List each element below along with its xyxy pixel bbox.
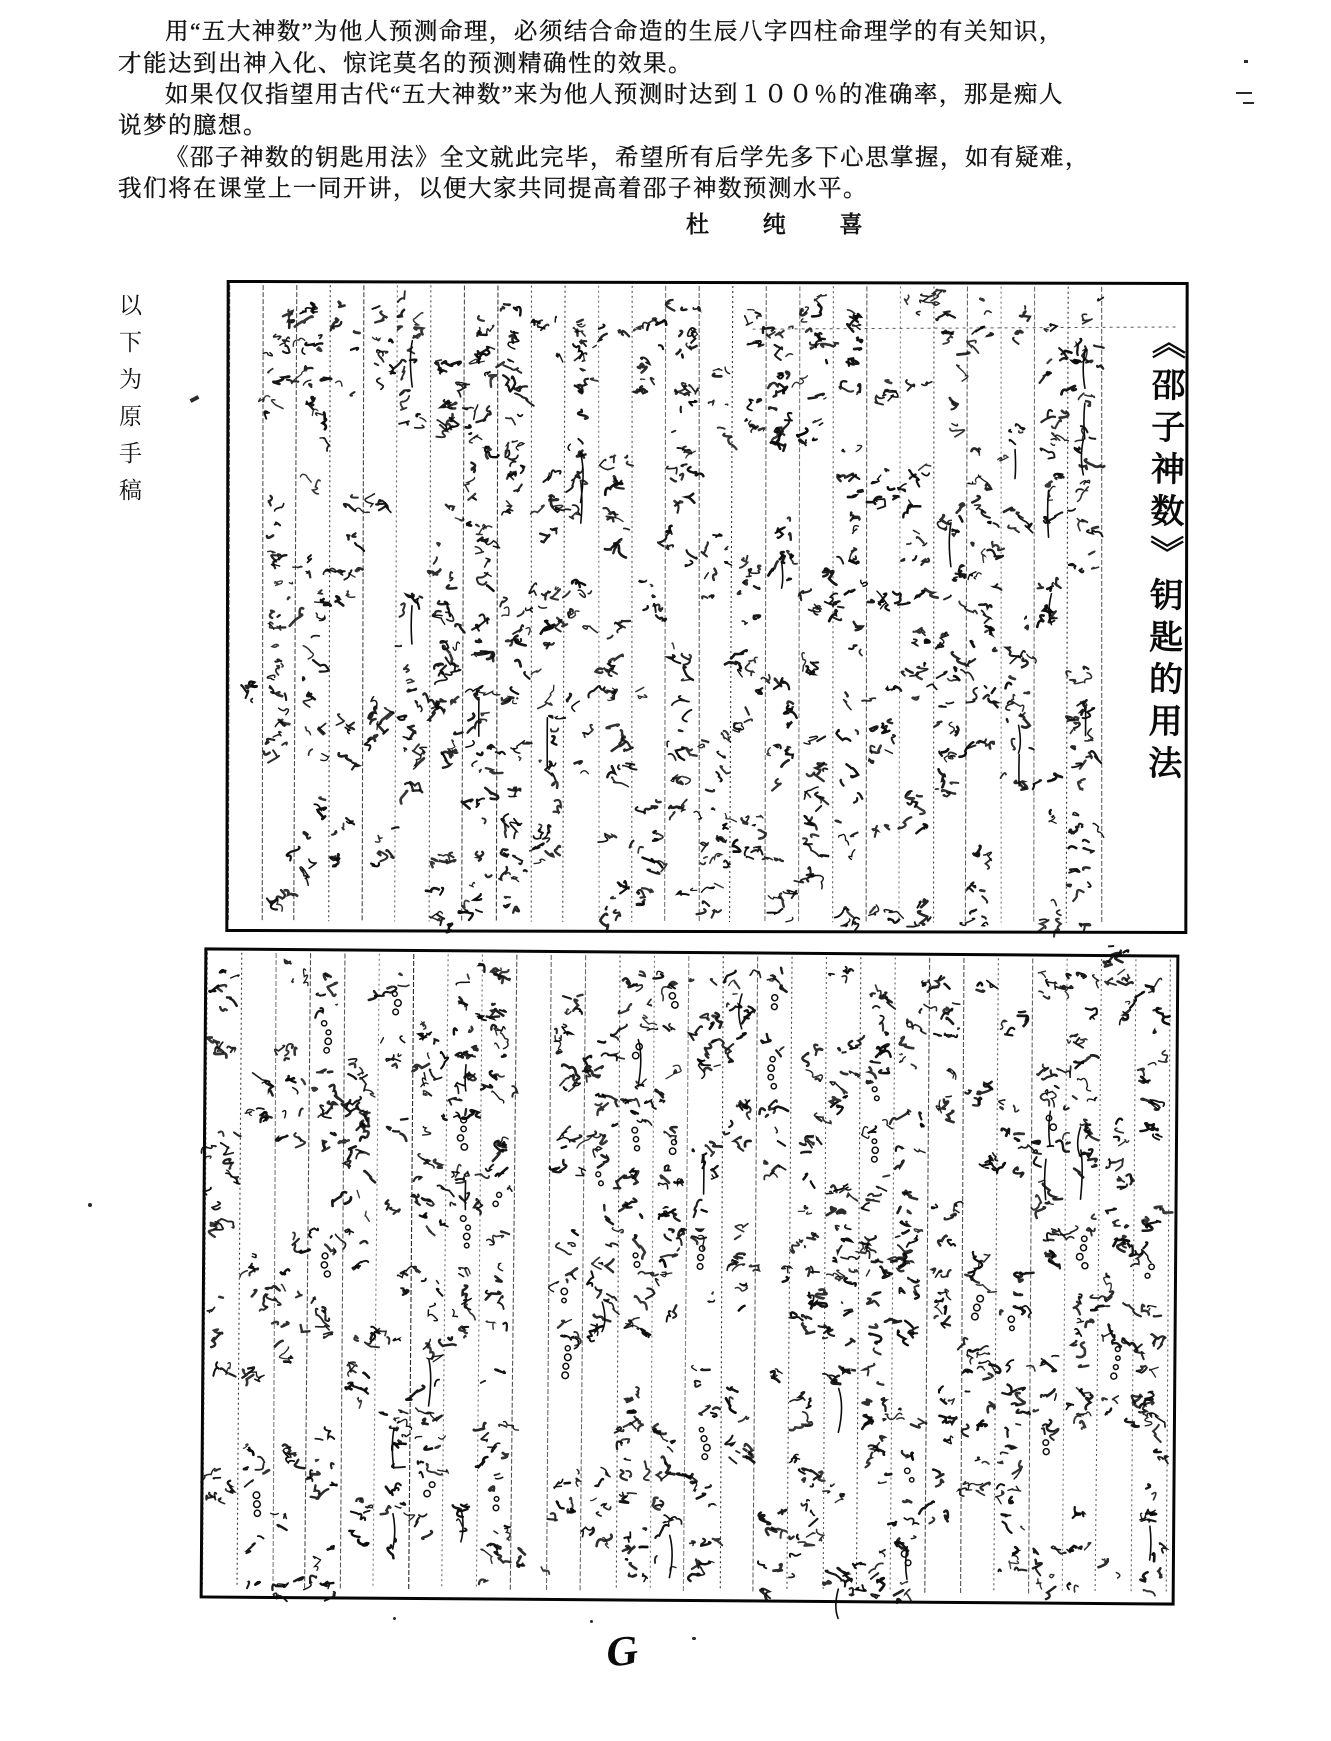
printed-paragraph-3-line-1: 《邵子神数的钥匙用法》全文就此完毕，希望所有后学先多下心思掌握，如有疑难， [118, 144, 1255, 172]
manuscript-scan-block-1: 《邵子神数》钥匙的用法 [225, 280, 1188, 934]
handwriting-texture-1 [228, 283, 1179, 925]
author-signature: 杜 纯 喜 [686, 206, 887, 239]
scan-noise-mark [1236, 92, 1252, 94]
scan-noise-mark [393, 1617, 396, 1620]
printed-paragraph-1-line-2: 才能达到出神入化、惊诧莫名的预测精确性的效果。 [118, 50, 1208, 78]
printed-paragraph-3-line-2: 我们将在课堂上一同开讲，以便大家共同提高着邵子神数预测水平。 [118, 175, 1208, 203]
printed-paragraph-2-line-2: 说梦的臆想。 [118, 112, 1208, 140]
scan-noise-mark [1244, 60, 1248, 63]
margin-label-original-manuscript: 以下为原手稿 [112, 293, 145, 515]
handwriting-texture-2 [203, 950, 1171, 1596]
handwritten-page-mark: G [604, 1626, 640, 1678]
scan-noise-mark [190, 395, 200, 403]
manuscript-title-vertical: 《邵子神数》钥匙的用法 [1142, 325, 1181, 921]
manuscript-scan-block-2 [200, 947, 1180, 1605]
scan-noise-mark [88, 1203, 92, 1207]
scan-noise-mark [590, 1620, 593, 1623]
printed-paragraph-2-line-1: 如果仅仅指望用古代“五大神数”来为他人预测时达到１００％的准确率，那是痴人 [118, 81, 1255, 109]
printed-paragraph-1-line-1: 用“五大神数”为他人预测命理，必须结合命造的生辰八字四柱命理学的有关知识， [118, 18, 1255, 46]
scan-noise-mark [1243, 102, 1254, 104]
scan-noise-mark [692, 1637, 696, 1640]
scanned-document-page: 用“五大神数”为他人预测命理，必须结合命造的生辰八字四柱命理学的有关知识， 才能… [0, 0, 1331, 1741]
